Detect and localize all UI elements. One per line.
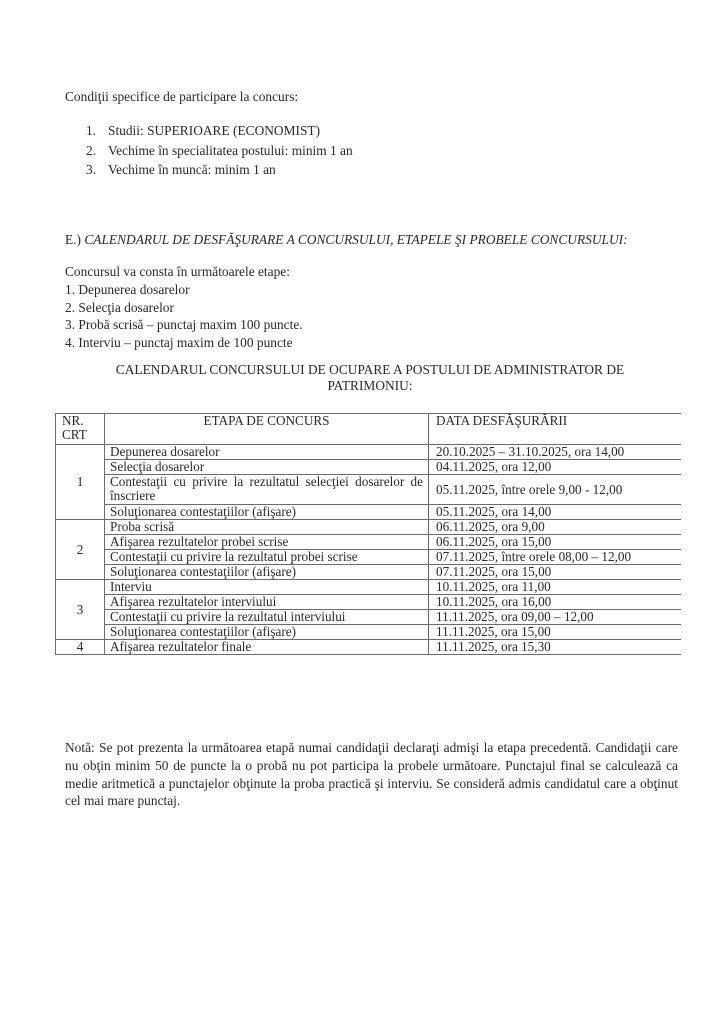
conditions-title: Condiţii specifice de participare la con… [65, 89, 298, 105]
header-etapa: ETAPA DE CONCURS [105, 414, 429, 445]
cell-data: 11.11.2025, ora 15,00 [429, 625, 682, 640]
cell-data: 05.11.2025, ora 14,00 [429, 505, 682, 520]
table-row: Soluţionarea contestaţiilor (afişare)05.… [56, 505, 682, 520]
list-item: 2. Selecţia dosarelor [65, 299, 303, 317]
header-nr: NR. CRT [56, 414, 105, 445]
cell-etapa: Interviu [105, 580, 429, 595]
cell-etapa: Afişarea rezultatelor interviului [105, 595, 429, 610]
list-item-text: Vechime în muncă: minim 1 an [108, 160, 276, 180]
table-row: Afişarea rezultatelor interviului10.11.2… [56, 595, 682, 610]
list-item-text: Studii: SUPERIOARE (ECONOMIST) [108, 121, 320, 141]
cell-data: 04.11.2025, ora 12,00 [429, 460, 682, 475]
cell-etapa: Soluţionarea contestaţiilor (afişare) [105, 505, 429, 520]
table-row: Soluţionarea contestaţiilor (afişare)07.… [56, 565, 682, 580]
table-row: 4Afişarea rezultatelor finale11.11.2025,… [56, 640, 682, 655]
cell-data: 11.11.2025, ora 15,30 [429, 640, 682, 655]
list-item: 1. Depunerea dosarelor [65, 281, 303, 299]
cell-etapa: Contestaţii cu privire la rezultatul pro… [105, 550, 429, 565]
cell-etapa: Proba scrisă [105, 520, 429, 535]
cell-etapa: Soluţionarea contestaţiilor (afişare) [105, 625, 429, 640]
calendar-title-line: CALENDARUL CONCURSULUI DE OCUPARE A POST… [60, 362, 680, 378]
section-e-heading: E.) CALENDARUL DE DESFĂŞURARE A CONCURSU… [65, 232, 628, 248]
cell-etapa: Contestaţii cu privire la rezultatul int… [105, 610, 429, 625]
cell-etapa: Afişarea rezultatelor probei scrise [105, 535, 429, 550]
list-item-number: 1. [86, 121, 108, 141]
cell-nr: 2 [56, 520, 105, 580]
table-row: Contestaţii cu privire la rezultatul int… [56, 610, 682, 625]
list-item: 2. Vechime în specialitatea postului: mi… [86, 141, 353, 161]
cell-data: 07.11.2025, între orele 08,00 – 12,00 [429, 550, 682, 565]
header-data: DATA DESFĂŞURĂRII [429, 414, 682, 445]
table-header-row: NR. CRT ETAPA DE CONCURS DATA DESFĂŞURĂR… [56, 414, 682, 445]
list-item: 4. Interviu – punctaj maxim de 100 punct… [65, 334, 303, 352]
table-row: Contestaţii cu privire la rezultatul sel… [56, 475, 682, 505]
cell-data: 07.11.2025, ora 15,00 [429, 565, 682, 580]
cell-data: 06.11.2025, ora 9,00 [429, 520, 682, 535]
calendar-table: NR. CRT ETAPA DE CONCURS DATA DESFĂŞURĂR… [55, 413, 681, 655]
cell-etapa: Depunerea dosarelor [105, 445, 429, 460]
cell-etapa: Soluţionarea contestaţiilor (afişare) [105, 565, 429, 580]
stages-list: Concursul va consta în următoarele etape… [65, 263, 303, 352]
cell-data: 05.11.2025, între orele 9,00 - 12,00 [429, 475, 682, 505]
cell-etapa: Selecţia dosarelor [105, 460, 429, 475]
note-paragraph: Notă: Se pot prezenta la următoarea etap… [65, 739, 678, 810]
cell-data: 11.11.2025, ora 09,00 – 12,00 [429, 610, 682, 625]
cell-data: 10.11.2025, ora 16,00 [429, 595, 682, 610]
table-row: 1Depunerea dosarelor20.10.2025 – 31.10.2… [56, 445, 682, 460]
cell-nr: 3 [56, 580, 105, 640]
cell-etapa: Afişarea rezultatelor finale [105, 640, 429, 655]
table-row: 2Proba scrisă06.11.2025, ora 9,00 [56, 520, 682, 535]
section-label: E.) [65, 232, 81, 247]
cell-data: 06.11.2025, ora 15,00 [429, 535, 682, 550]
table-body: 1Depunerea dosarelor20.10.2025 – 31.10.2… [56, 445, 682, 655]
calendar-title-line: PATRIMONIU: [60, 378, 680, 394]
list-item: 3. Vechime în muncă: minim 1 an [86, 160, 353, 180]
table-row: Selecţia dosarelor04.11.2025, ora 12,00 [56, 460, 682, 475]
cell-data: 20.10.2025 – 31.10.2025, ora 14,00 [429, 445, 682, 460]
list-item-number: 2. [86, 141, 108, 161]
cell-nr: 1 [56, 445, 105, 520]
cell-data: 10.11.2025, ora 11,00 [429, 580, 682, 595]
list-item-number: 3. [86, 160, 108, 180]
conditions-list: 1. Studii: SUPERIOARE (ECONOMIST) 2. Vec… [86, 121, 353, 180]
cell-nr: 4 [56, 640, 105, 655]
table-row: 3Interviu10.11.2025, ora 11,00 [56, 580, 682, 595]
list-item-text: Vechime în specialitatea postului: minim… [108, 141, 353, 161]
cell-etapa: Contestaţii cu privire la rezultatul sel… [105, 475, 429, 505]
list-item: 1. Studii: SUPERIOARE (ECONOMIST) [86, 121, 353, 141]
calendar-title: CALENDARUL CONCURSULUI DE OCUPARE A POST… [60, 362, 680, 394]
table-row: Soluţionarea contestaţiilor (afişare)11.… [56, 625, 682, 640]
list-item: 3. Probă scrisă – punctaj maxim 100 punc… [65, 316, 303, 334]
table-row: Contestaţii cu privire la rezultatul pro… [56, 550, 682, 565]
table-row: Afişarea rezultatelor probei scrise06.11… [56, 535, 682, 550]
section-title: CALENDARUL DE DESFĂŞURARE A CONCURSULUI,… [84, 232, 627, 247]
stages-intro: Concursul va consta în următoarele etape… [65, 263, 303, 281]
